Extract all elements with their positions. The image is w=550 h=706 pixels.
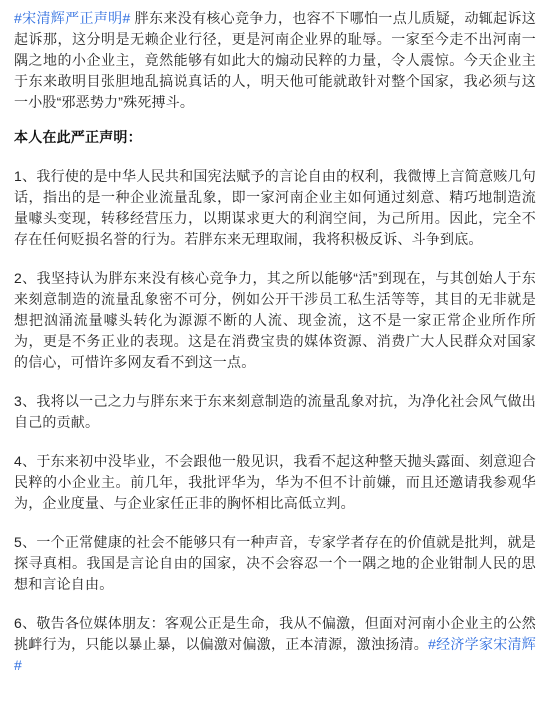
statement-point-4: 4、于东来初中没毕业，不会跟他一般见识，我看不起这种整天抛头露面、刻意迎合民粹的… xyxy=(14,451,536,514)
opening-hashtag-link[interactable]: #宋清辉严正声明# xyxy=(14,10,131,26)
statement-point-3: 3、我将以一己之力与胖东来于东来刻意制造的流量乱象对抗，为净化社会风气做出自己的… xyxy=(14,391,536,433)
intro-paragraph: #宋清辉严正声明#胖东来没有核心竞争力，也容不下哪怕一点儿质疑，动辄起诉这起诉那… xyxy=(14,8,536,113)
statement-point-6: 6、敬告各位媒体朋友：客观公正是生命，我从不偏激，但面对河南小企业主的公然挑衅行… xyxy=(14,613,536,676)
statement-heading: 本人在此严正声明： xyxy=(14,127,536,148)
statement-post: #宋清辉严正声明#胖东来没有核心竞争力，也容不下哪怕一点儿质疑，动辄起诉这起诉那… xyxy=(0,0,550,706)
statement-point-1: 1、我行使的是中华人民共和国宪法赋予的言论自由的权利，我微博上言简意赅几句话，指… xyxy=(14,166,536,250)
statement-point-2: 2、我坚持认为胖东来没有核心竞争力，其之所以能够“活”到现在，与其创始人于东来刻… xyxy=(14,268,536,373)
statement-point-5: 5、一个正常健康的社会不能够只有一种声音，专家学者存在的价值就是批判，就是探寻真… xyxy=(14,532,536,595)
